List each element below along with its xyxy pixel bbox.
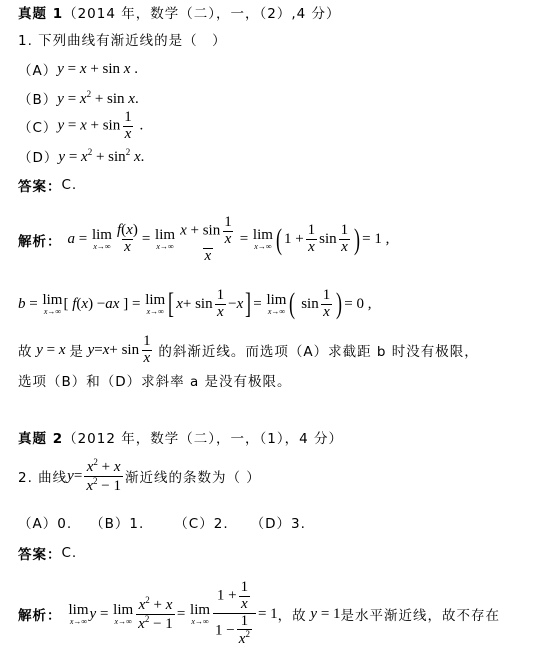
option-b: （B） y = x2 + sin x.	[18, 88, 139, 108]
question-1-stem-text: 1. 下列曲线有渐近线的是（ ）	[18, 29, 227, 49]
question-2-title: 真题 2 （2012 年，数学（二），一，（1），4 分）	[18, 427, 343, 447]
analysis-2-expr: y = 1	[307, 606, 341, 623]
answer-1-value: C.	[62, 177, 78, 193]
conclusion-expr-1: y = x	[33, 342, 70, 359]
analysis-1-conclusion-1: 故 y = x 是 y = x + sin1x 的斜渐近线。而选项（A）求截距 …	[18, 334, 479, 367]
q2-option-b: （B）1.	[90, 512, 144, 532]
option-c-expr: y = x + sin1x .	[57, 110, 143, 143]
option-c-label: （C）	[18, 116, 57, 136]
conclusion-suffix: 的斜渐近线。而选项（A）求截距 b 时没有极限，	[158, 340, 478, 360]
question-2-options: （A）0. （B）1. （C）2. （D）3.	[18, 512, 306, 532]
option-d-expr: y = x2 + sin2 x.	[58, 147, 144, 166]
analysis-2-line-1: 解析： limx→∞y = limx→∞ x2 + xx2 − 1 = limx…	[18, 580, 500, 648]
conclusion-mid: 是	[69, 340, 84, 360]
option-d-label: （D）	[18, 146, 58, 166]
answer-1-label: 答案：	[18, 175, 62, 195]
analysis-1-line-1: 解析： a = limx→∞ f(x)x = limx→∞ x + sin1xx…	[18, 215, 389, 264]
q2-option-c: （C）2.	[174, 512, 228, 532]
question-1-meta: （2014 年，数学（二），一，（2）,4 分）	[63, 2, 340, 22]
analysis-2-tail-2: 是水平渐近线，故不存在	[341, 604, 501, 624]
option-c: （C） y = x + sin1x .	[18, 110, 143, 143]
answer-1: 答案： C.	[18, 175, 77, 195]
answer-2-value: C.	[62, 545, 78, 561]
answer-2-label: 答案：	[18, 543, 62, 563]
q2-option-d: （D）3.	[251, 512, 306, 532]
question-1-stem: 1. 下列曲线有渐近线的是（ ）	[18, 29, 227, 49]
analysis-1-formula-b: b = limx→∞ [ f(x) − ax ] = limx→∞ [x + s…	[18, 288, 371, 321]
analysis-2-tail: ，故	[278, 604, 307, 624]
question-2-stem-expr: y =x2 + xx2 − 1	[67, 458, 125, 495]
option-a-expr: y = x + sin x .	[57, 61, 138, 78]
question-2-label: 真题 2	[18, 427, 63, 447]
q2-option-a: （A）0.	[18, 512, 72, 532]
conclusion-expr-2: y = x + sin1x	[84, 334, 159, 367]
analysis-1-formula-a: a = limx→∞ f(x)x = limx→∞ x + sin1xx = l…	[68, 215, 390, 264]
question-1-label: 真题 1	[18, 2, 63, 22]
conclusion-line-2: 选项（B）和（D）求斜率 a 是没有极限。	[18, 370, 292, 390]
option-b-expr: y = x2 + sin x.	[57, 89, 138, 108]
analysis-2-label: 解析：	[18, 604, 62, 624]
question-2-stem-prefix: 2. 曲线	[18, 466, 67, 486]
analysis-2-formula: limx→∞y = limx→∞ x2 + xx2 − 1 = limx→∞ 1…	[68, 580, 278, 648]
conclusion-prefix: 故	[18, 340, 33, 360]
option-b-label: （B）	[18, 88, 57, 108]
option-a-label: （A）	[18, 59, 57, 79]
analysis-1-conclusion-2: 选项（B）和（D）求斜率 a 是没有极限。	[18, 370, 292, 390]
analysis-1-line-2: b = limx→∞ [ f(x) − ax ] = limx→∞ [x + s…	[18, 288, 371, 321]
analysis-1-label: 解析：	[18, 230, 62, 250]
question-1-title: 真题 1 （2014 年，数学（二），一，（2）,4 分）	[18, 2, 341, 22]
question-2-stem-suffix: 渐近线的条数为（ ）	[125, 466, 261, 486]
option-a: （A） y = x + sin x .	[18, 59, 138, 79]
question-2-meta: （2012 年，数学（二），一，（1），4 分）	[63, 427, 343, 447]
question-2-stem: 2. 曲线 y =x2 + xx2 − 1 渐近线的条数为（ ）	[18, 458, 261, 495]
answer-2: 答案： C.	[18, 543, 77, 563]
option-d: （D） y = x2 + sin2 x.	[18, 146, 144, 166]
